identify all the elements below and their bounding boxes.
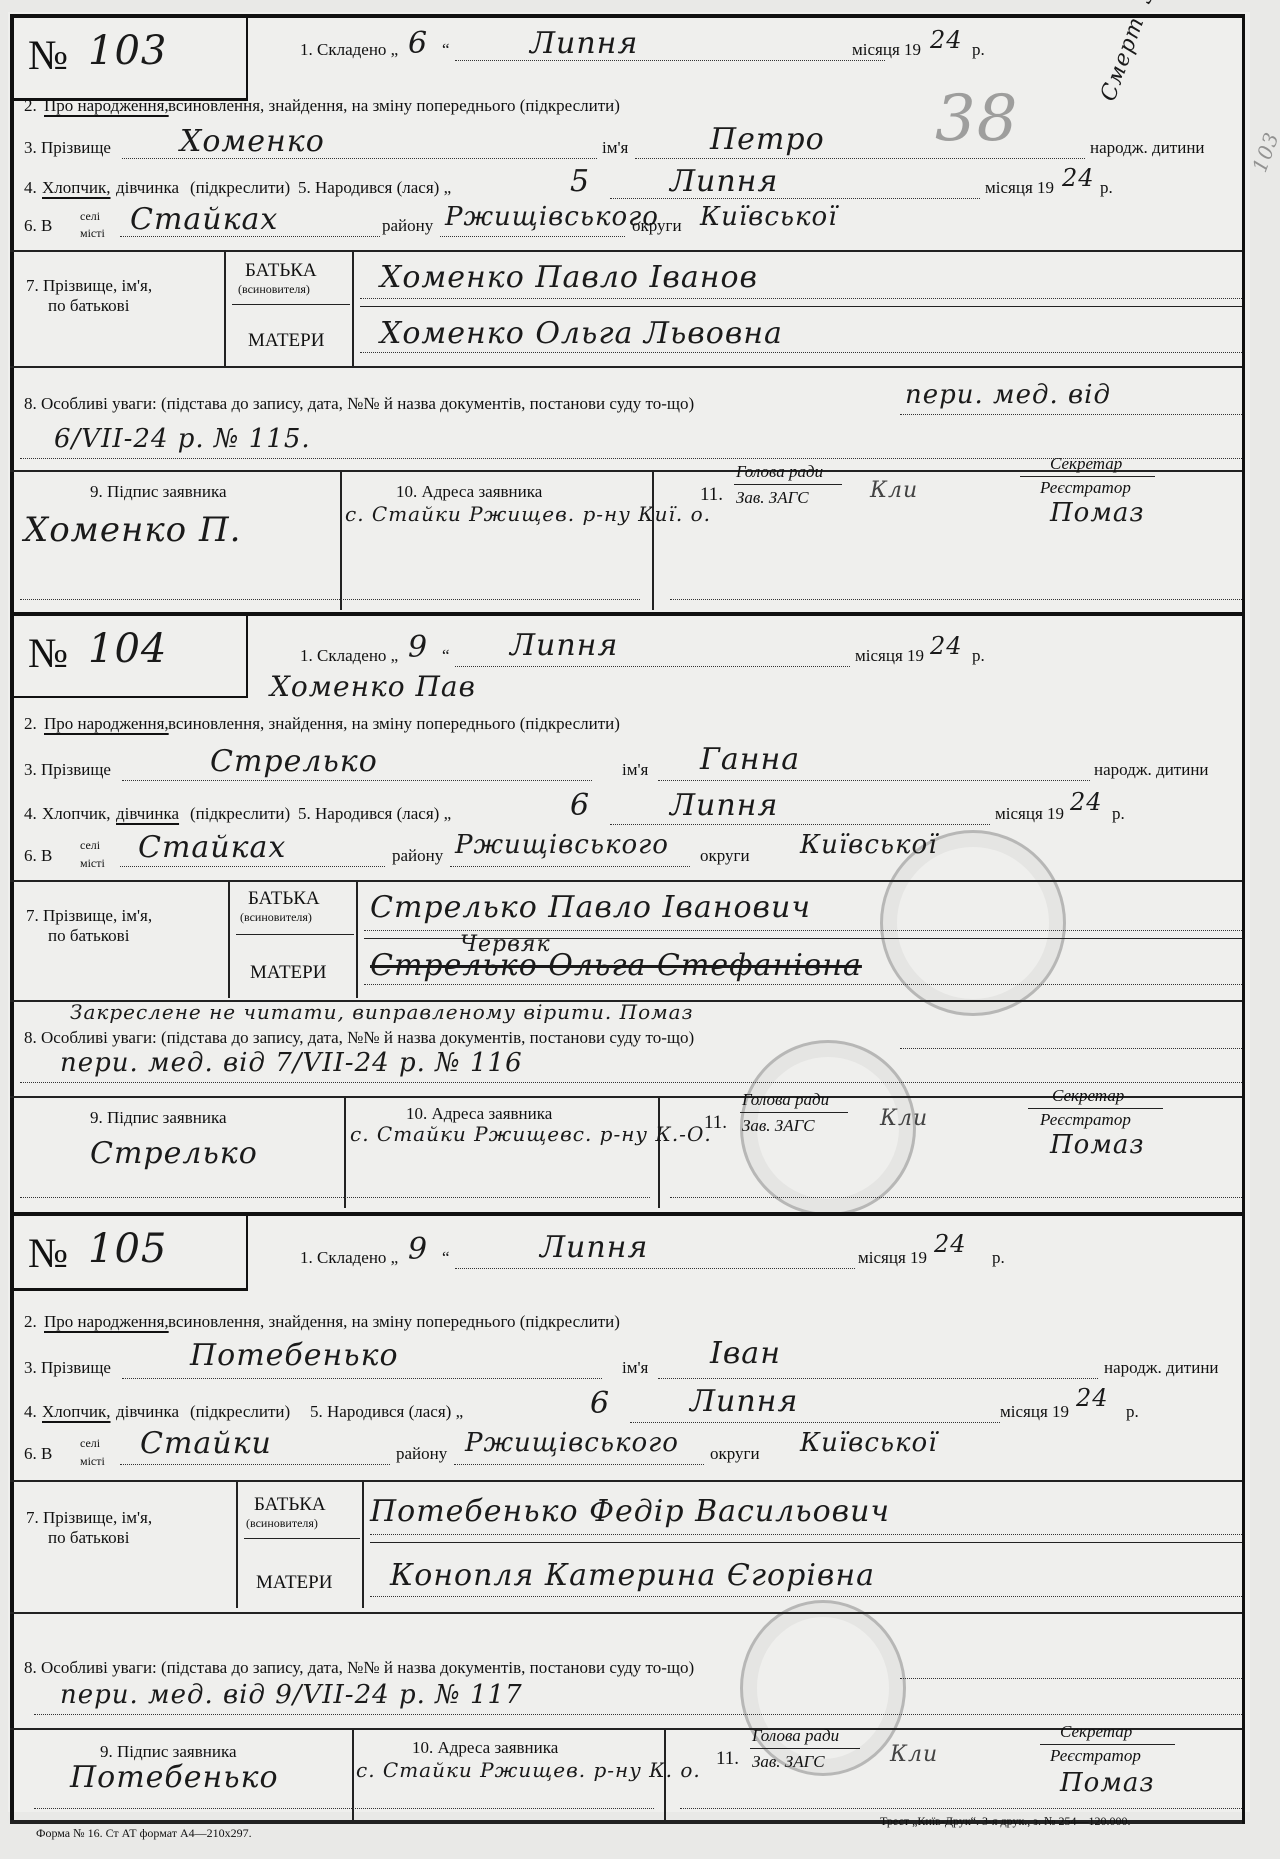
born-month: Липня [670,164,778,199]
f11-number: 11. [700,484,723,506]
compiled-month: Липня [530,26,638,61]
printer-footer: Трест „Київ-Друк“. 3-я друк., з. № 254—1… [880,1814,1130,1829]
underline-hint: (підкреслити) [190,178,290,198]
born-year: 24 [1076,1384,1109,1412]
record-number-box: № 103 [10,14,248,101]
head-of-council-label: Голова ради [742,1090,829,1110]
record-number-box: № 104 [10,612,248,698]
notes-label: 8. Особливі уваги: (підстава до запису, … [24,1658,694,1678]
registrar-signature: Помаз [1050,498,1145,528]
parents-label-2: по батькові [48,926,129,946]
compiled-day: 9 [408,1232,428,1267]
child-surname: Стрелько [210,744,378,779]
f2-number: 2. [24,714,37,734]
head-signature: Кли [890,1742,938,1767]
father-name: Стрелько Павло Іванович [370,890,811,925]
registrar-label: Реєстратор [1040,1110,1131,1130]
record-105: № 105 1. Складено „ 9 “ Липня місяця 19 … [10,1212,1242,1822]
head-signature: Кли [880,1106,928,1131]
born-year: 24 [1070,788,1103,816]
sex-boy-underlined: Хлопчик, [42,1402,111,1422]
born-label: 5. Народився (лася) „ [298,178,451,198]
compiled-year: 24 [930,26,963,54]
okrug-label: округи [632,216,682,236]
parents-label: 7. Прізвище, ім'я, [26,1508,152,1528]
mother-label: МАТЕРИ [250,962,326,984]
child-label: народж. дитини [1090,138,1205,158]
parents-label: 7. Прізвище, ім'я, [26,276,152,296]
name-label: ім'я [602,138,628,158]
event-birth-underlined: Про народження, [44,96,169,116]
name-label: ім'я [622,760,648,780]
record-number: 103 [88,28,167,74]
district: Ржищівського [465,1428,679,1458]
adopter-label: (всиновителя) [246,1516,318,1531]
f4-number: 4. [24,1402,37,1422]
month-label: місяця 19 [858,1248,927,1268]
year-suffix: р. [1112,804,1125,824]
head-of-council-label: Голова ради [736,462,823,482]
compiled-month: Липня [540,1230,648,1265]
child-name: Ганна [700,742,800,777]
mother-name: Хоменко Ольга Львовна [380,316,783,351]
event-options: всиновлення, знайдення, на зміну поперед… [168,714,620,734]
quote-mark: “ [442,40,450,60]
compiled-year: 24 [934,1230,967,1258]
sex-girl: дівчинка [116,1402,179,1422]
f2-number: 2. [24,1312,37,1332]
applicant-signature: Потебенько [70,1760,279,1795]
record-number: 105 [88,1226,167,1272]
sex-boy-underlined: Хлопчик, [42,178,111,198]
compiled-year: 24 [930,632,963,660]
applicant-address-label: 10. Адреса заявника [412,1738,558,1758]
born-month: Липня [690,1384,798,1419]
place-label: 6. В [24,1444,52,1464]
father-name: Хоменко Павло Іванов [380,260,758,295]
surname-label: 3. Прізвище [24,1358,111,1378]
child-surname: Потебенько [190,1338,399,1373]
underline-hint: (підкреслити) [190,804,290,824]
father-label: БАТЬКА [245,260,317,282]
applicant-signature-label: 9. Підпис заявника [90,1108,227,1128]
adopter-label: (всиновителя) [238,282,310,297]
underline-hint: (підкреслити) [190,1402,290,1422]
side-number: 103 [1247,129,1280,176]
year-suffix: р. [1100,178,1113,198]
secretary-label: Секретар [1060,1722,1132,1742]
okrug: Київської [800,830,938,860]
overwrite-note: Хоменко Пав [270,670,476,703]
applicant-address-label: 10. Адреса заявника [396,482,542,502]
registrar-signature: Помаз [1050,1130,1145,1160]
parents-label-2: по батькові [48,1528,129,1548]
born-label: 5. Народився (лася) „ [310,1402,463,1422]
compiled-label: 1. Складено „ [300,646,398,666]
applicant-address-label: 10. Адреса заявника [406,1104,552,1124]
okrug-label: округи [710,1444,760,1464]
month-label: місяця 19 [852,40,921,60]
district: Ржищівського [455,830,669,860]
sex-girl-underlined: дівчинка [116,804,179,824]
f11-number: 11. [716,1748,739,1770]
registrar-label: Реєстратор [1040,478,1131,498]
applicant-signature: Стрелько [90,1136,258,1171]
city-option: місті [80,226,105,241]
born-day: 6 [570,788,590,823]
record-number: 104 [88,626,167,672]
father-label: БАТЬКА [248,888,320,910]
quote-mark: “ [442,646,450,666]
born-day: 5 [570,164,590,199]
born-label: 5. Народився (лася) „ [298,804,451,824]
secretary-label: Секретар [1050,454,1122,474]
village-option: селі [80,838,100,853]
compiled-month: Липня [510,628,618,663]
head-of-council-label: Голова ради [752,1726,839,1746]
child-name: Петро [710,122,825,157]
born-month: Липня [670,788,778,823]
compiled-day: 9 [408,630,428,665]
place-label: 6. В [24,846,52,866]
parents-label-2: по батькові [48,296,129,316]
mother-label: МАТЕРИ [248,330,324,352]
month-label: місяця 19 [985,178,1054,198]
event-birth-underlined: Про народження, [44,714,169,734]
compiled-day: 6 [408,26,428,61]
year-suffix: р. [972,40,985,60]
event-options: всиновлення, знайдення, на зміну поперед… [168,1312,620,1332]
mother-name: Конопля Катерина Єгорівна [390,1558,875,1593]
applicant-address: с. Стайки Ржищевс. р-ну К.-О. [350,1122,712,1146]
surname-label: 3. Прізвище [24,138,111,158]
f2-number: 2. [24,96,37,116]
record-103: № 103 1. Складено „ 6 “ Липня місяця 19 … [10,14,1242,612]
secretary-label: Секретар [1052,1086,1124,1106]
child-label: народж. дитини [1094,760,1209,780]
district-label: району [396,1444,447,1464]
applicant-signature: Хоменко П. [24,510,241,550]
place-label: 6. В [24,216,52,236]
district: Ржищівського [445,202,659,232]
notes-line-2: пери. мед. від 7/VII-24 р. № 116 [60,1048,523,1078]
village-option: селі [80,209,100,224]
zags-head-label: Зав. ЗАГС [752,1752,825,1772]
f4-number: 4. [24,178,37,198]
zags-head-label: Зав. ЗАГС [736,488,809,508]
district-label: району [392,846,443,866]
notes-label: 8. Особливі уваги: (підстава до запису, … [24,394,694,414]
okrug-label: округи [700,846,750,866]
record-number-box: № 105 [10,1212,248,1291]
child-name: Іван [710,1336,781,1371]
okrug: Київської [800,1428,938,1458]
mother-name: Стрелько Ольга Стефанівна [370,948,862,983]
record-104: № 104 1. Складено „ 9 “ Липня місяця 19 … [10,612,1242,1210]
form-number-footer: Форма № 16. Ст АТ формат А4—210x297. [36,1826,252,1841]
parents-label: 7. Прізвище, ім'я, [26,906,152,926]
sex-boy: Хлопчик, [42,804,111,824]
village: Стайках [130,202,278,237]
district-label: району [382,216,433,236]
number-sign: № [28,32,68,80]
okrug: Київської [700,202,838,232]
year-suffix: р. [972,646,985,666]
name-label: ім'я [622,1358,648,1378]
born-day: 6 [590,1386,610,1421]
child-label: народж. дитини [1104,1358,1219,1378]
father-label: БАТЬКА [254,1494,326,1516]
month-label: місяця 19 [855,646,924,666]
notes-line-2: пери. мед. від 9/VII-24 р. № 117 [60,1680,523,1710]
village: Стайки [140,1426,272,1461]
year-suffix: р. [992,1248,1005,1268]
notes-line-2: 6/VII-24 р. № 115. [54,424,311,454]
compiled-label: 1. Складено „ [300,40,398,60]
compiled-label: 1. Складено „ [300,1248,398,1268]
applicant-address: с. Стайки Ржищев. р-ну Киї. о. [345,502,711,526]
event-options: всиновлення, знайдення, на зміну поперед… [168,96,620,116]
month-label: місяця 19 [1000,1402,1069,1422]
quote-mark: “ [442,1248,450,1268]
head-signature: Кли [870,478,918,503]
village: Стайках [138,830,286,865]
city-option: місті [80,856,105,871]
mother-label: МАТЕРИ [256,1572,332,1594]
registrar-label: Реєстратор [1050,1746,1141,1766]
registrar-signature: Помаз [1060,1768,1155,1798]
surname-label: 3. Прізвище [24,760,111,780]
applicant-address: с. Стайки Ржищев. р-ну К. о. [356,1758,701,1782]
city-option: місті [80,1454,105,1469]
notes-line-1: пери. мед. від [905,380,1111,410]
correction-note: Закреслене не читати, виправленому вірит… [70,1000,694,1024]
applicant-signature-label: 9. Підпис заявника [100,1742,237,1762]
father-name: Потебенько Федір Васильович [370,1494,890,1529]
adopter-label: (всиновителя) [240,910,312,925]
number-sign: № [28,630,68,678]
number-sign: № [28,1230,68,1278]
born-year: 24 [1062,164,1095,192]
event-birth-underlined: Про народження, [44,1312,169,1332]
applicant-signature-label: 9. Підпис заявника [90,482,227,502]
zags-head-label: Зав. ЗАГС [742,1116,815,1136]
sex-girl: дівчинка [116,178,179,198]
child-surname: Хоменко [180,124,325,159]
village-option: селі [80,1436,100,1451]
f4-number: 4. [24,804,37,824]
notes-label: 8. Особливі уваги: (підстава до запису, … [24,1028,694,1048]
year-suffix: р. [1126,1402,1139,1422]
month-label: місяця 19 [995,804,1064,824]
f11-number: 11. [704,1112,727,1134]
